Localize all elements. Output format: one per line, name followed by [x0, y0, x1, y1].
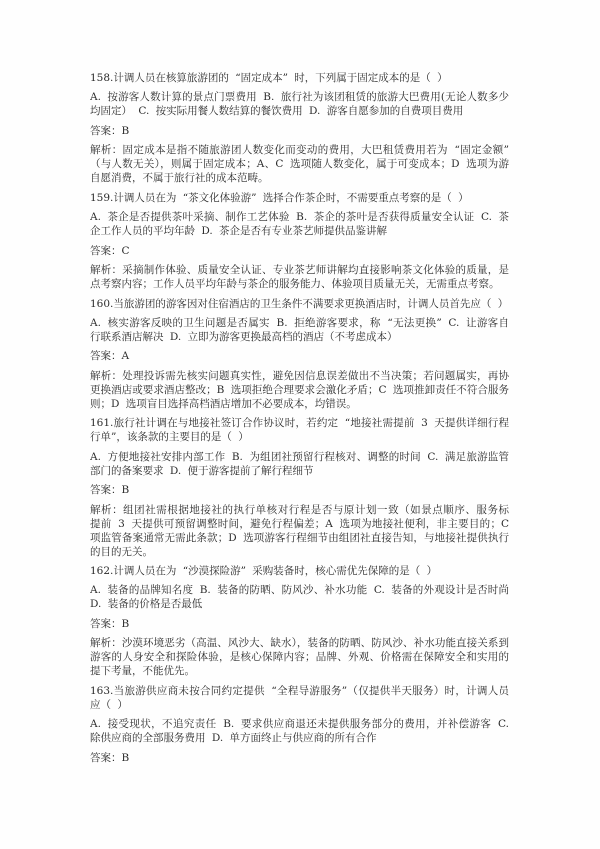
- question-stem: 160.当旅游团的游客因对住宿酒店的卫生条件不满要求更换酒店时，计调人员首先应（…: [90, 297, 509, 311]
- options-line: A. 接受现状，不追究责任 B. 要求供应商退还未提供服务部分的费用，并补偿游客…: [90, 717, 509, 731]
- analysis-line: 提前 3 天提供可预留调整时间，避免行程偏差；A 选项为地接社便利，非主要目的；…: [90, 517, 509, 531]
- analysis-line: 解析：组团社需根据地接社的执行单核对行程是否与原计划一致（如景点顺序、服务标准）…: [90, 503, 509, 517]
- question-block-158: 158.计调人员在核算旅游团的 “固定成本” 时，下列属于固定成本的是（ ） A…: [90, 71, 509, 185]
- analysis: 解析：固定成本是指不随旅游团人数变化而变动的费用，大巴租赁费用若为 “固定金额”…: [90, 143, 509, 185]
- question-block-159: 159.计调人员在为 “茶文化体验游” 选择合作茶企时，不需要重点考察的是（ ）…: [90, 191, 509, 291]
- question-block-160: 160.当旅游团的游客因对住宿酒店的卫生条件不满要求更换酒店时，计调人员首先应（…: [90, 297, 509, 411]
- question-block-163: 163.当旅游供应商未按合同约定提供 “全程导游服务”（仅提供半天服务）时，计调…: [90, 684, 509, 765]
- question-options: A. 茶企是否提供茶叶采摘、制作工艺体验 B. 茶企的茶叶是否获得质量安全认证 …: [90, 210, 509, 238]
- answer-text: 答案：B: [90, 617, 509, 631]
- options-line: 部门的备案要求 D. 便于游客提前了解行程细节: [90, 464, 509, 478]
- question-options: A. 装备的品牌知名度 B. 装备的防晒、防风沙、补水功能 C. 装备的外观设计…: [90, 583, 509, 611]
- stem-line: 160.当旅游团的游客因对住宿酒店的卫生条件不满要求更换酒店时，计调人员首先应（…: [90, 297, 509, 311]
- options-line: D. 装备的价格是否最低: [90, 597, 509, 611]
- analysis-line: 更换酒店或要求酒店整改；B 选项拒绝合理要求会激化矛盾；C 选项推卸责任不符合服…: [90, 383, 509, 397]
- analysis-line: 解析：处理投诉需先核实问题真实性，避免因信息误差做出不当决策；若问题属实，再协调: [90, 369, 509, 383]
- analysis-line: 解析：采摘制作体验、质量安全认证、专业茶艺师讲解均直接影响茶文化体验的质量，是重: [90, 263, 509, 277]
- answer-line: 答案：C: [90, 244, 509, 258]
- stem-line: 158.计调人员在核算旅游团的 “固定成本” 时，下列属于固定成本的是（ ）: [90, 71, 509, 85]
- options-line: A. 按游客人数计算的景点门票费用 B. 旅行社为该团租赁的旅游大巴费用(无论人…: [90, 90, 509, 104]
- stem-line: 162.计调人员在为 “沙漠探险游” 采购装备时，核心需优先保障的是（ ）: [90, 564, 509, 578]
- stem-line: 161.旅行社计调在与地接社签订合作协议时，若约定 “地接社需提前 3 天提供详…: [90, 416, 509, 430]
- options-line: A. 装备的品牌知名度 B. 装备的防晒、防风沙、补水功能 C. 装备的外观设计…: [90, 583, 509, 597]
- question-options: A. 方便地接社安排内部工作 B. 为组团社预留行程核对、调整的时间 C. 满足…: [90, 450, 509, 478]
- analysis-line: 的目的无关。: [90, 545, 509, 559]
- answer-text: 答案：B: [90, 751, 509, 765]
- question-stem: 161.旅行社计调在与地接社签订合作协议时，若约定 “地接社需提前 3 天提供详…: [90, 416, 509, 444]
- question-list: 158.计调人员在核算旅游团的 “固定成本” 时，下列属于固定成本的是（ ） A…: [90, 71, 509, 770]
- analysis-line: 项监管备案通常无需此条款；D 选项游客行程细节由组团社直接告知，与地接社提供执行…: [90, 531, 509, 545]
- analysis-line: 自愿消费，不属于旅行社的成本范畴。: [90, 171, 509, 185]
- stem-line: 应（ ）: [90, 698, 509, 712]
- options-line: A. 核实游客反映的卫生问题是否属实 B. 拒绝游客要求，称 “无法更换” C.…: [90, 316, 509, 330]
- question-options: A. 接受现状，不追究责任 B. 要求供应商退还未提供服务部分的费用，并补偿游客…: [90, 717, 509, 745]
- analysis-line: 游客的人身安全和探险体验，是核心保障内容；品牌、外观、价格需在保障安全和实用的前: [90, 650, 509, 664]
- question-options: A. 按游客人数计算的景点门票费用 B. 旅行社为该团租赁的旅游大巴费用(无论人…: [90, 90, 509, 118]
- answer-text: 答案：A: [90, 349, 509, 363]
- answer-line: 答案：B: [90, 483, 509, 497]
- analysis: 解析：采摘制作体验、质量安全认证、专业茶艺师讲解均直接影响茶文化体验的质量，是重…: [90, 263, 509, 291]
- question-stem: 163.当旅游供应商未按合同约定提供 “全程导游服务”（仅提供半天服务）时，计调…: [90, 684, 509, 712]
- analysis-line: 点考察内容；工作人员平均年龄与茶企的服务能力、体验项目质量无关，无需重点考察。: [90, 277, 509, 291]
- analysis-line: 解析：沙漠环境恶劣（高温、风沙大、缺水），装备的防晒、防风沙、补水功能直接关系到: [90, 636, 509, 650]
- analysis-line: 提下考量，不能优先。: [90, 664, 509, 678]
- answer-text: 答案：B: [90, 483, 509, 497]
- question-stem: 159.计调人员在为 “茶文化体验游” 选择合作茶企时，不需要重点考察的是（ ）: [90, 191, 509, 205]
- stem-line: 行单”，该条款的主要目的是（ ）: [90, 430, 509, 444]
- answer-line: 答案：B: [90, 751, 509, 765]
- options-line: 均固定） C. 按实际用餐人数结算的餐饮费用 D. 游客自愿参加的自费项目费用: [90, 104, 509, 118]
- analysis: 解析：沙漠环境恶劣（高温、风沙大、缺水），装备的防晒、防风沙、补水功能直接关系到…: [90, 636, 509, 678]
- stem-line: 159.计调人员在为 “茶文化体验游” 选择合作茶企时，不需要重点考察的是（ ）: [90, 191, 509, 205]
- analysis: 解析：处理投诉需先核实问题真实性，避免因信息误差做出不当决策；若问题属实，再协调…: [90, 369, 509, 411]
- answer-text: 答案：C: [90, 244, 509, 258]
- options-line: 行联系酒店解决 D. 立即为游客更换最高档的酒店（不考虑成本）: [90, 330, 509, 344]
- options-line: 除供应商的全部服务费用 D. 单方面终止与供应商的所有合作: [90, 731, 509, 745]
- stem-line: 163.当旅游供应商未按合同约定提供 “全程导游服务”（仅提供半天服务）时，计调…: [90, 684, 509, 698]
- analysis-line: 则；D 选项盲目选择高档酒店增加不必要成本，均错误。: [90, 397, 509, 411]
- answer-line: 答案：A: [90, 349, 509, 363]
- question-stem: 162.计调人员在为 “沙漠探险游” 采购装备时，核心需优先保障的是（ ）: [90, 564, 509, 578]
- analysis: 解析：组团社需根据地接社的执行单核对行程是否与原计划一致（如景点顺序、服务标准）…: [90, 503, 509, 559]
- analysis-line: （与人数无关），则属于固定成本；A、C 选项随人数变化，属于可变成本；D 选项为…: [90, 157, 509, 171]
- options-line: A. 茶企是否提供茶叶采摘、制作工艺体验 B. 茶企的茶叶是否获得质量安全认证 …: [90, 210, 509, 224]
- question-block-161: 161.旅行社计调在与地接社签订合作协议时，若约定 “地接社需提前 3 天提供详…: [90, 416, 509, 558]
- question-options: A. 核实游客反映的卫生问题是否属实 B. 拒绝游客要求，称 “无法更换” C.…: [90, 316, 509, 344]
- answer-line: 答案：B: [90, 617, 509, 631]
- question-block-162: 162.计调人员在为 “沙漠探险游” 采购装备时，核心需优先保障的是（ ） A.…: [90, 564, 509, 678]
- answer-line: 答案：B: [90, 124, 509, 138]
- answer-text: 答案：B: [90, 124, 509, 138]
- analysis-line: 解析：固定成本是指不随旅游团人数变化而变动的费用，大巴租赁费用若为 “固定金额”: [90, 143, 509, 157]
- document-page: 158.计调人员在核算旅游团的 “固定成本” 时，下列属于固定成本的是（ ） A…: [0, 0, 600, 849]
- options-line: A. 方便地接社安排内部工作 B. 为组团社预留行程核对、调整的时间 C. 满足…: [90, 450, 509, 464]
- options-line: 企工作人员的平均年龄 D. 茶企是否有专业茶艺师提供品鉴讲解: [90, 224, 509, 238]
- question-stem: 158.计调人员在核算旅游团的 “固定成本” 时，下列属于固定成本的是（ ）: [90, 71, 509, 85]
